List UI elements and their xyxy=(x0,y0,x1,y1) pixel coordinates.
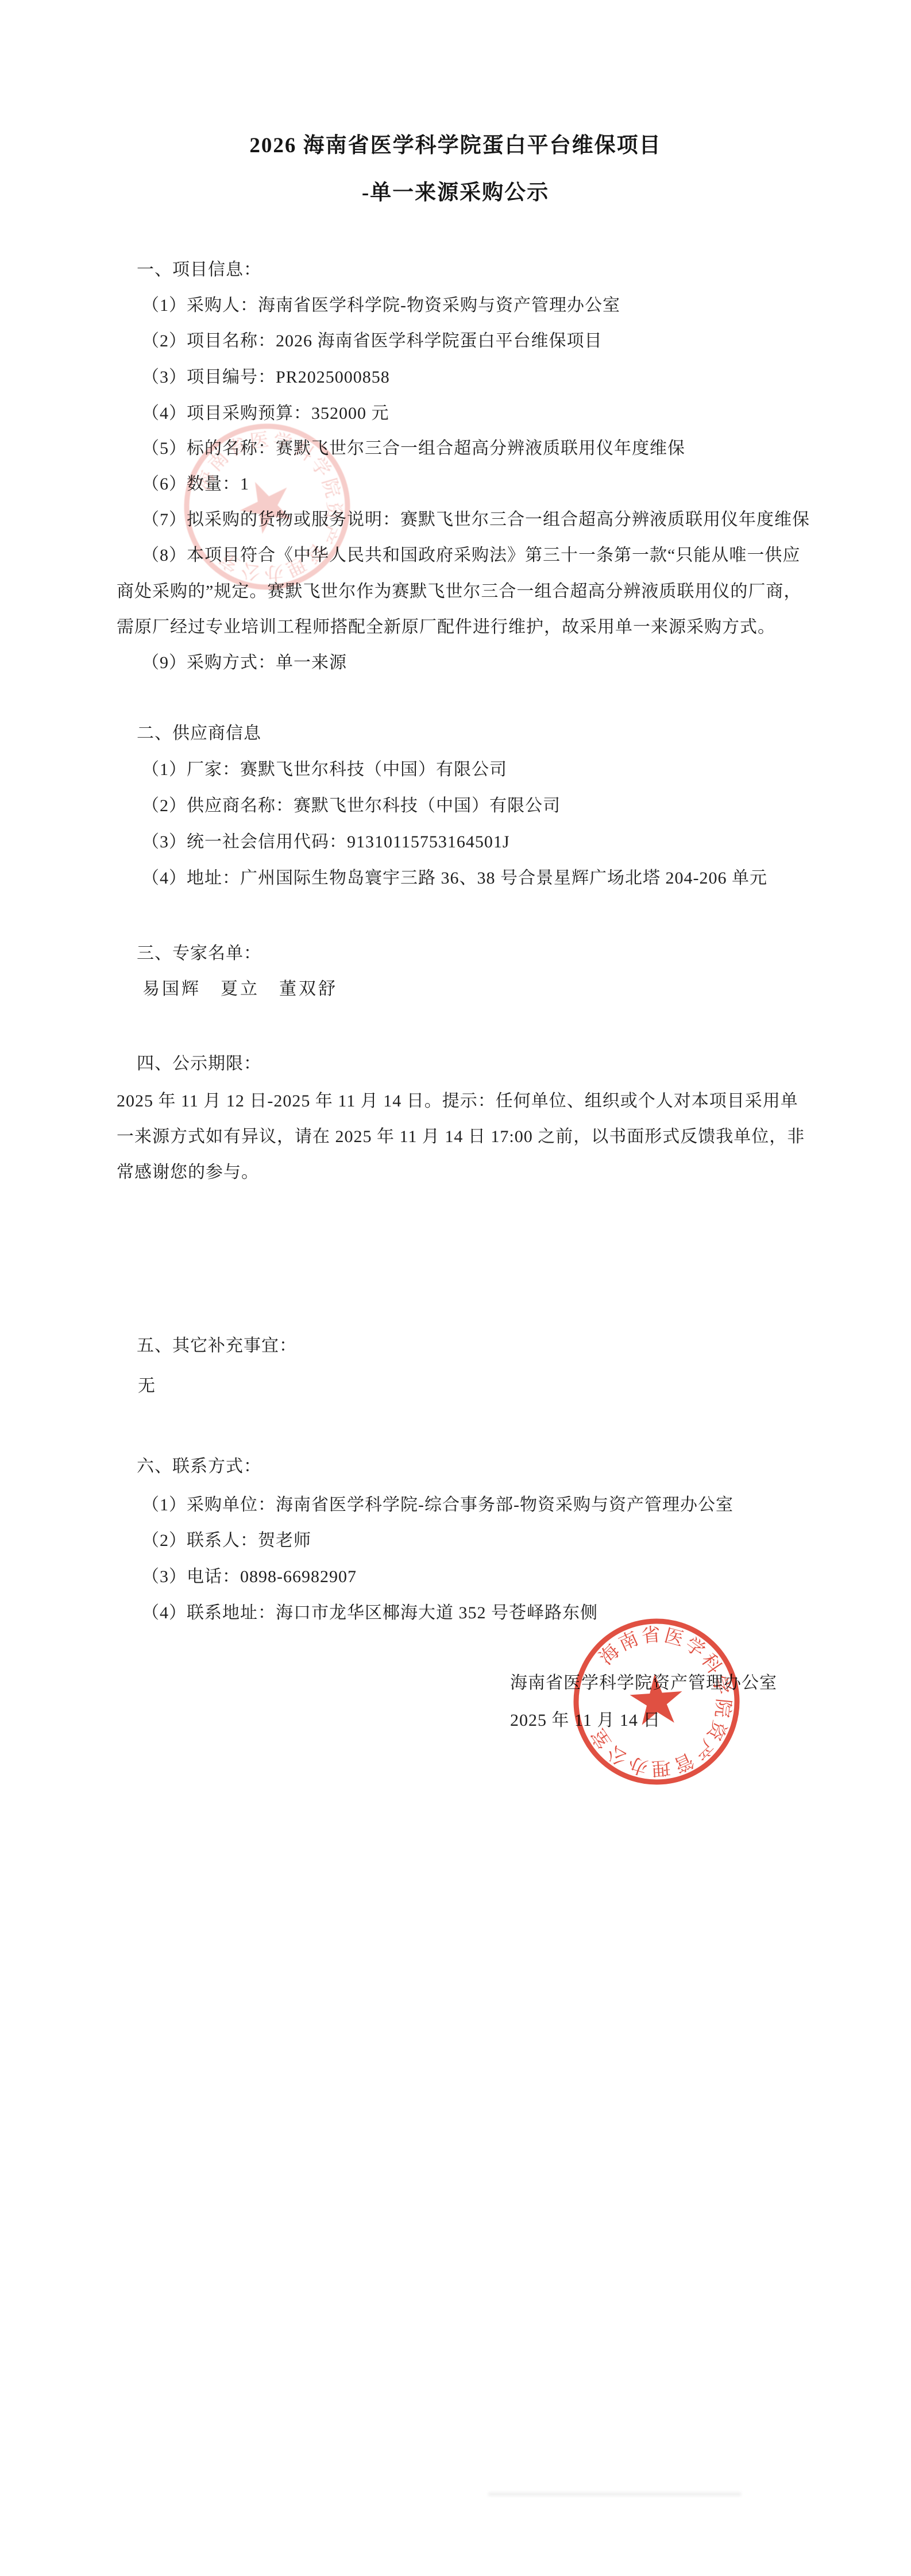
other-matters-content: 无 xyxy=(138,1374,156,1399)
project-quantity: （6）数量：1 xyxy=(142,472,249,497)
project-name: （2）项目名称：2026 海南省医学科学院蛋白平台维保项目 xyxy=(142,329,603,354)
signature-date: 2025 年 11 月 14 日 xyxy=(510,1708,661,1733)
expert-names: 易国辉 夏立 董双舒 xyxy=(142,977,338,1002)
section-project-heading: 一、项目信息： xyxy=(137,257,261,283)
section-supplier-heading: 二、供应商信息 xyxy=(137,721,261,746)
contact-person: （2）联系人：贺老师 xyxy=(142,1528,311,1553)
seal-circular-text: 海南省医学科学院资产管理办公室 xyxy=(580,1619,739,1783)
signature-org: 海南省医学科学院资产管理办公室 xyxy=(510,1671,777,1696)
project-legal-basis-line2: 商处采购的”规定。赛默飞世尔作为赛默飞世尔三合一组合超高分辨液质联用仪的厂商， xyxy=(117,579,801,604)
section-experts-heading: 三、专家名单： xyxy=(137,941,261,966)
svg-text:海南省医学科学院资产管理办公室: 海南省医学科学院资产管理办公室 xyxy=(580,1619,739,1783)
notice-period-line2: 一来源方式如有异议，请在 2025 年 11 月 14 日 17:00 之前，以… xyxy=(117,1124,805,1150)
project-procurement-method: （9）采购方式：单一来源 xyxy=(142,650,347,676)
document-page: 2026 海南省医学科学院蛋白平台维保项目 -单一来源采购公示 一、项目信息： … xyxy=(0,0,911,2576)
project-legal-basis-line1: （8）本项目符合《中华人民共和国政府采购法》第三十一条第一款“只能从唯一供应 xyxy=(142,543,800,568)
supplier-credit-code: （3）统一社会信用代码：91310115753164501J xyxy=(142,830,510,855)
project-number: （3）项目编号：PR2025000858 xyxy=(142,365,390,390)
notice-period-line3: 常感谢您的参与。 xyxy=(117,1160,259,1185)
section-other-heading: 五、其它补充事宜： xyxy=(137,1333,297,1359)
document-title-line1: 2026 海南省医学科学院蛋白平台维保项目 xyxy=(0,132,911,160)
project-legal-basis-line3: 需原厂经过专业培训工程师搭配全新原厂配件进行维护，故采用单一来源采购方式。 xyxy=(117,615,775,640)
document-title-line2: -单一来源采购公示 xyxy=(0,179,911,207)
section-notice-heading: 四、公示期限： xyxy=(137,1051,261,1077)
project-subject-name: （5）标的名称：赛默飞世尔三合一组合超高分辨液质联用仪年度维保 xyxy=(142,436,685,461)
contact-address: （4）联系地址：海口市龙华区椰海大道 352 号苍峄路东侧 xyxy=(142,1601,598,1626)
supplier-manufacturer: （1）厂家：赛默飞世尔科技（中国）有限公司 xyxy=(142,757,507,782)
svg-text:海南省医学科学院资产管理办公室: 海南省医学科学院资产管理办公室 xyxy=(169,403,370,607)
contact-phone: （3）电话：0898-66982907 xyxy=(142,1564,357,1590)
project-buyer: （1）采购人：海南省医学科学院-物资采购与资产管理办公室 xyxy=(142,293,620,318)
project-budget: （4）项目采购预算：352000 元 xyxy=(142,401,389,426)
notice-period-line1: 2025 年 11 月 12 日-2025 年 11 月 14 日。提示：任何单… xyxy=(117,1089,798,1114)
official-seal-icon: 海南省医学科学院资产管理办公室 xyxy=(565,1610,748,1794)
project-goods-description: （7）拟采购的货物或服务说明：赛默飞世尔三合一组合超高分辨液质联用仪年度维保 xyxy=(142,507,810,533)
seal-circular-text: 海南省医学科学院资产管理办公室 xyxy=(169,403,370,607)
section-contact-heading: 六、联系方式： xyxy=(137,1454,261,1479)
scan-artifact xyxy=(488,2492,741,2496)
supplier-address: （4）地址：广州国际生物岛寰宇三路 36、38 号合景星辉广场北塔 204-20… xyxy=(142,866,767,891)
supplier-name: （2）供应商名称：赛默飞世尔科技（中国）有限公司 xyxy=(142,793,561,819)
contact-purchasing-unit: （1）采购单位：海南省医学科学院-综合事务部-物资采购与资产管理办公室 xyxy=(142,1493,734,1518)
